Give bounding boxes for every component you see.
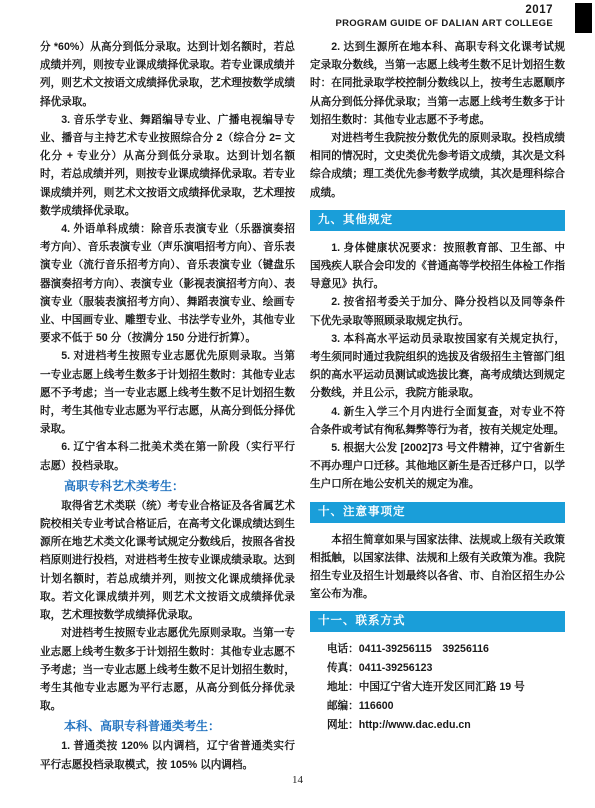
section-heading-bar: 十一、联系方式 bbox=[310, 611, 565, 632]
page-number: 14 bbox=[0, 774, 595, 786]
header-year: 2017 bbox=[335, 4, 553, 17]
left-column: 分 *60%）从高分到低分录取。达到计划名额时，若总成绩并列，则按专业课成绩择优… bbox=[40, 38, 295, 774]
page-header: 2017 PROGRAM GUIDE OF DALIAN ART COLLEGE bbox=[335, 3, 558, 33]
content-columns: 分 *60%）从高分到低分录取。达到计划名额时，若总成绩并列，则按专业课成绩择优… bbox=[40, 38, 565, 774]
section-heading-bar: 九、其他规定 bbox=[310, 210, 565, 231]
paragraph: 取得省艺术类联（统）考专业合格证及各省属艺术院校相关专业考试合格证后，在高考文化… bbox=[40, 497, 295, 624]
paragraph: 分 *60%）从高分到低分录取。达到计划名额时，若总成绩并列，则按专业课成绩择优… bbox=[40, 38, 295, 111]
paragraph: 3. 本科高水平运动员录取按国家有关规定执行，考生须同时通过我院组织的选拔及省级… bbox=[310, 330, 565, 403]
document-page: 2017 PROGRAM GUIDE OF DALIAN ART COLLEGE… bbox=[0, 0, 595, 808]
paragraph: 5. 对进档考生按照专业志愿优先原则录取。当第一专业志愿上线考生数多于计划招生数… bbox=[40, 347, 295, 438]
paragraph: 对进档考生按照专业志愿优先原则录取。当第一专业志愿上线考生数多于计划招生数时：其… bbox=[40, 624, 295, 715]
paragraph: 本招生简章如果与国家法律、法规或上级有关政策相抵触，以国家法律、法规和上级有关政… bbox=[310, 531, 565, 604]
paragraph: 1. 普通类按 120% 以内调档，辽宁省普通类实行平行志愿投档录取模式，按 1… bbox=[40, 737, 295, 773]
contact-line: 传真：0411-39256123 bbox=[310, 659, 565, 678]
section-heading-bar: 十、注意事项定 bbox=[310, 502, 565, 523]
paragraph: 6. 辽宁省本科二批美术类在第一阶段（实行平行志愿）投档录取。 bbox=[40, 438, 295, 474]
right-column: 2. 达到生源所在地本科、高职专科文化课考试规定录取分数线，当第一志愿上线考生数… bbox=[310, 38, 565, 774]
subsection-heading: 本科、高职专科普通类考生： bbox=[40, 716, 295, 736]
contact-line: 网址：http://www.dac.edu.cn bbox=[310, 716, 565, 735]
subsection-heading: 高职专科艺术类考生： bbox=[40, 476, 295, 496]
paragraph: 4. 新生入学三个月内进行全面复查，对专业不符合条件或考试有徇私舞弊等行为者，按… bbox=[310, 403, 565, 439]
header-black-tab bbox=[575, 3, 592, 33]
paragraph: 5. 根据大公发 [2002]73 号文件精神，辽宁省新生不再办理户口迁移。其他… bbox=[310, 439, 565, 494]
contact-line: 电话：0411-39256115 39256116 bbox=[310, 640, 565, 659]
paragraph: 1. 身体健康状况要求：按照教育部、卫生部、中国残疾人联合会印发的《普通高等学校… bbox=[310, 239, 565, 294]
header-text: 2017 PROGRAM GUIDE OF DALIAN ART COLLEGE bbox=[335, 3, 553, 30]
contact-line: 邮编：116600 bbox=[310, 697, 565, 716]
paragraph: 2. 达到生源所在地本科、高职专科文化课考试规定录取分数线，当第一志愿上线考生数… bbox=[310, 38, 565, 129]
paragraph: 4. 外语单科成绩：除音乐表演专业（乐器演奏招考方向）、音乐表演专业（声乐演唱招… bbox=[40, 220, 295, 347]
paragraph: 2. 按省招考委关于加分、降分投档以及同等条件下优先录取等照顾录取规定执行。 bbox=[310, 293, 565, 329]
paragraph: 3. 音乐学专业、舞蹈编导专业、广播电视编导专业、播音与主持艺术专业按照综合分 … bbox=[40, 111, 295, 220]
paragraph: 对进档考生我院按分数优先的原则录取。投档成绩相同的情况时，文史类优先参考语文成绩… bbox=[310, 129, 565, 202]
contact-line: 地址：中国辽宁省大连开发区同汇路 19 号 bbox=[310, 678, 565, 697]
header-subtitle: PROGRAM GUIDE OF DALIAN ART COLLEGE bbox=[335, 17, 553, 30]
